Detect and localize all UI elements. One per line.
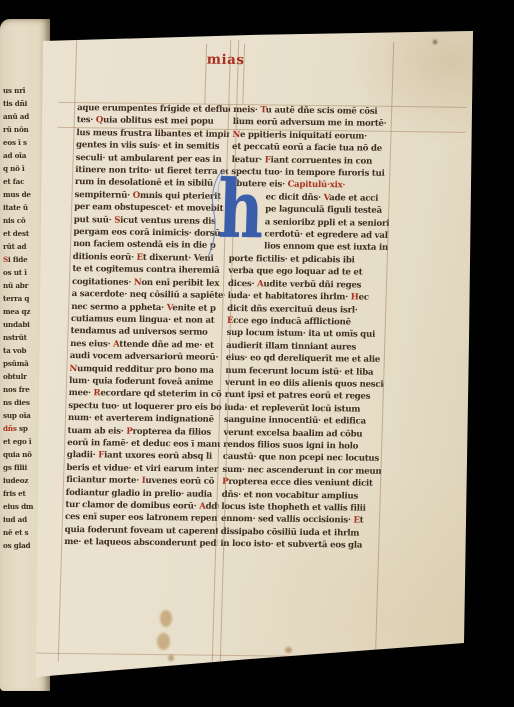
text-line: nē et s — [3, 527, 43, 540]
text-line: rūt ad — [3, 241, 43, 254]
text-line: iud ad — [3, 514, 43, 527]
text-line: a sacerdote· neq cōsiliū a sapiēte· — [71, 288, 224, 302]
text-line: os ut ī — [3, 267, 43, 280]
text-line: mea qz — [3, 306, 43, 319]
text-line: q nō ī — [3, 163, 43, 176]
text-line: gs filii — [3, 462, 43, 475]
text-line: Si fide — [3, 254, 43, 267]
text-line: undabi — [3, 319, 43, 332]
left-text-column: aque erumpentes frigide et defluētes· Qu… — [64, 102, 230, 550]
text-line: nū abr — [3, 280, 43, 293]
stain — [285, 647, 292, 653]
text-line: nos fre — [3, 384, 43, 397]
text-line: sup oīa — [3, 410, 43, 423]
stain — [329, 656, 333, 660]
text-line: nis cō — [3, 215, 43, 228]
stain — [433, 40, 437, 44]
stain — [168, 655, 174, 661]
text-line: me· et laqueos absconderunt pedibus — [64, 536, 217, 550]
text-line: terra q — [3, 293, 43, 306]
text-line: ad oīa — [3, 150, 43, 163]
text-line: et dest — [3, 228, 43, 241]
running-head: mias — [201, 52, 249, 69]
text-line: dñs sp — [3, 423, 43, 436]
ruling-line — [36, 653, 448, 659]
illuminated-initial: h — [217, 177, 253, 247]
text-line: ta vob — [3, 345, 43, 358]
stain — [160, 610, 172, 627]
text-line: tis dñi — [3, 98, 43, 111]
text-line: ns dies — [3, 397, 43, 410]
text-line: nstrūt — [3, 332, 43, 345]
text-line: in loco isto· et subvertā eos gla — [220, 538, 379, 552]
text-line: fris et — [3, 488, 43, 501]
text-line: us nrī — [3, 85, 43, 98]
text-line: iudeoz — [3, 475, 43, 488]
text-line: audi vocem adversariorū meorū· — [70, 350, 223, 364]
stain — [157, 633, 170, 650]
text-line: et ego ī — [3, 436, 43, 449]
text-line: eos ī s — [3, 137, 43, 150]
manuscript-page: mias aque erumpentes frigide et defluēte… — [0, 0, 514, 707]
facing-page-text: us nrītis dñianū adrū nōneos ī sad oīaq … — [3, 85, 43, 553]
text-line: eius dm — [3, 501, 43, 514]
text-line: rū nōn — [3, 124, 43, 137]
text-line: et fac — [3, 176, 43, 189]
text-line: os glad — [3, 540, 43, 553]
text-line: mus de — [3, 189, 43, 202]
text-line: quia nō — [3, 449, 43, 462]
page-content: mias aque erumpentes frigide et defluēte… — [0, 0, 514, 707]
text-line: psūmā — [3, 358, 43, 371]
text-line: obtulr — [3, 371, 43, 384]
text-line: anū ad — [3, 111, 43, 124]
text-line: itate ū — [3, 202, 43, 215]
photo-background: us nrītis dñianū adrū nōneos ī sad oīaq … — [0, 0, 514, 707]
